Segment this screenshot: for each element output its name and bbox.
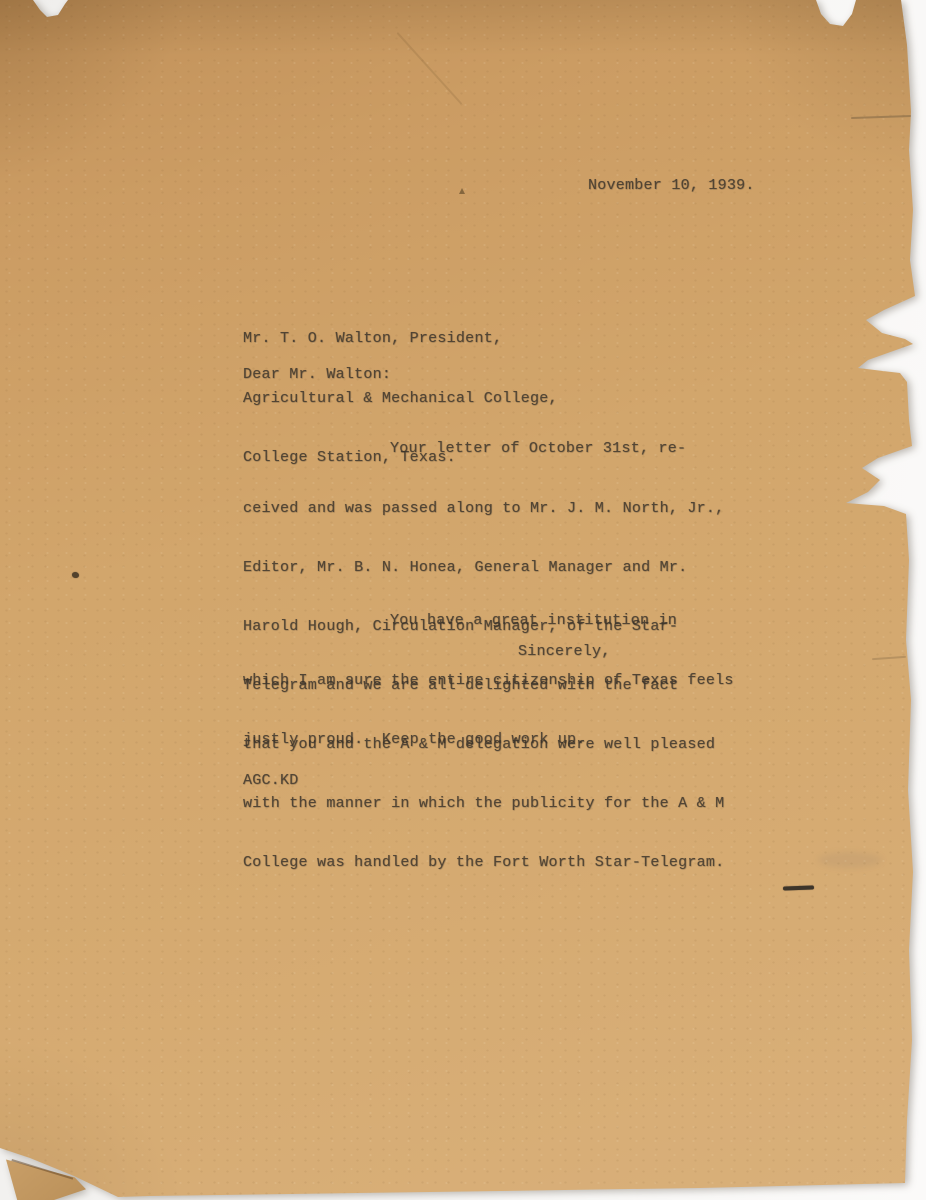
p2-line-1: You have a great institution in — [243, 611, 734, 631]
p2-line-3: justly proud. Keep the good work up. — [243, 730, 734, 750]
p2-line-2: which I am sure the entire citizenship o… — [243, 671, 734, 691]
p1-line-2: ceived and was passed along to Mr. J. M.… — [243, 499, 724, 519]
p1-line-7: with the manner in which the publicity f… — [243, 794, 724, 814]
letter-paper: November 10, 1939. Mr. T. O. Walton, Pre… — [0, 0, 926, 1200]
p1-line-1: Your letter of October 31st, re- — [243, 439, 724, 459]
salutation: Dear Mr. Walton: — [243, 365, 391, 385]
smudge-mark — [818, 852, 882, 868]
ink-spot — [72, 572, 79, 578]
scan-background: November 10, 1939. Mr. T. O. Walton, Pre… — [0, 0, 926, 1200]
ink-dash-mark — [783, 885, 814, 890]
paper-speck — [459, 188, 465, 194]
recipient-line-1: Mr. T. O. Walton, President, — [243, 329, 558, 349]
paper-wrapper: November 10, 1939. Mr. T. O. Walton, Pre… — [0, 0, 926, 1200]
tear-slit-mark — [851, 115, 913, 119]
closing: Sincerely, — [518, 642, 611, 662]
crease-line — [397, 32, 462, 104]
body-paragraph-2: You have a great institution in which I … — [243, 572, 734, 789]
letter-date: November 10, 1939. — [588, 176, 755, 196]
tear-slit-mark — [872, 656, 906, 660]
reference-initials: AGC.KD — [243, 771, 299, 791]
p1-line-8: College was handled by the Fort Worth St… — [243, 853, 724, 873]
